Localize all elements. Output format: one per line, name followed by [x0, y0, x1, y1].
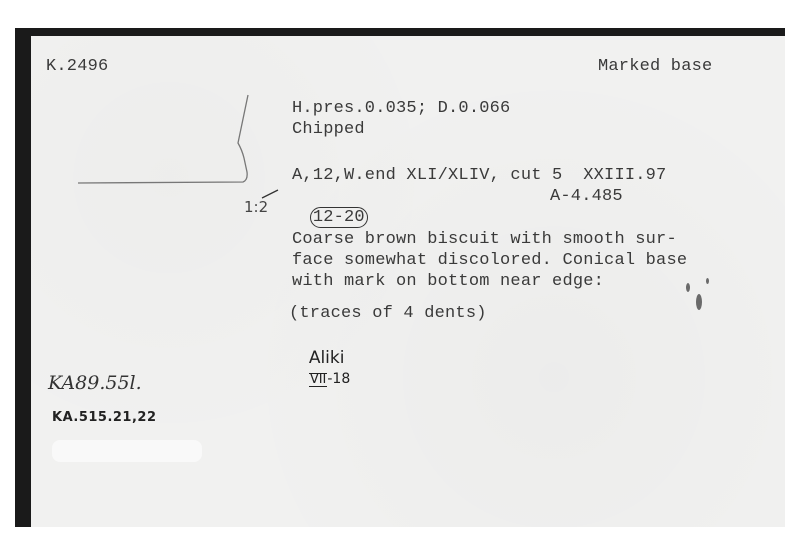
scale-label: 1:2: [244, 198, 268, 216]
mark-sketch-1: [686, 283, 690, 292]
mark-sketch-2: [706, 278, 709, 284]
description-line-1: Coarse brown biscuit with smooth sur-: [292, 229, 677, 250]
findspot-line: A,12,W.end XLI/XLIV, cut 5 XXIII.97: [292, 165, 666, 186]
description-line-3: with mark on bottom near edge:: [292, 271, 604, 292]
ka-reference-2: KA.515.21,22: [52, 410, 157, 425]
aliki-suffix: -18: [327, 371, 350, 387]
aliki-reference: Aliki VII-18: [298, 328, 350, 388]
aliki-roman: VII: [309, 373, 328, 387]
note-dents: (traces of 4 dents): [289, 303, 487, 324]
aliki-prefix: Aliki: [309, 348, 345, 368]
mark-sketch-3: [696, 294, 702, 310]
dimensions: H.pres.0.035; D.0.066: [292, 98, 510, 119]
description-line-2: face somewhat discolored. Conical base: [292, 250, 687, 271]
condition: Chipped: [292, 119, 365, 140]
catalog-number: K.2496: [46, 56, 108, 77]
ka-reference-1: KA89.55l.: [48, 372, 142, 394]
circled-number: 12-20: [310, 207, 368, 228]
card-shadow-left: [15, 28, 31, 527]
card-title: Marked base: [598, 56, 712, 77]
tape-residue: [52, 440, 202, 462]
inventory-ref: A-4.485: [550, 186, 623, 207]
findspot-circled: 12-20: [292, 186, 368, 228]
card-shadow-top: [15, 28, 785, 36]
